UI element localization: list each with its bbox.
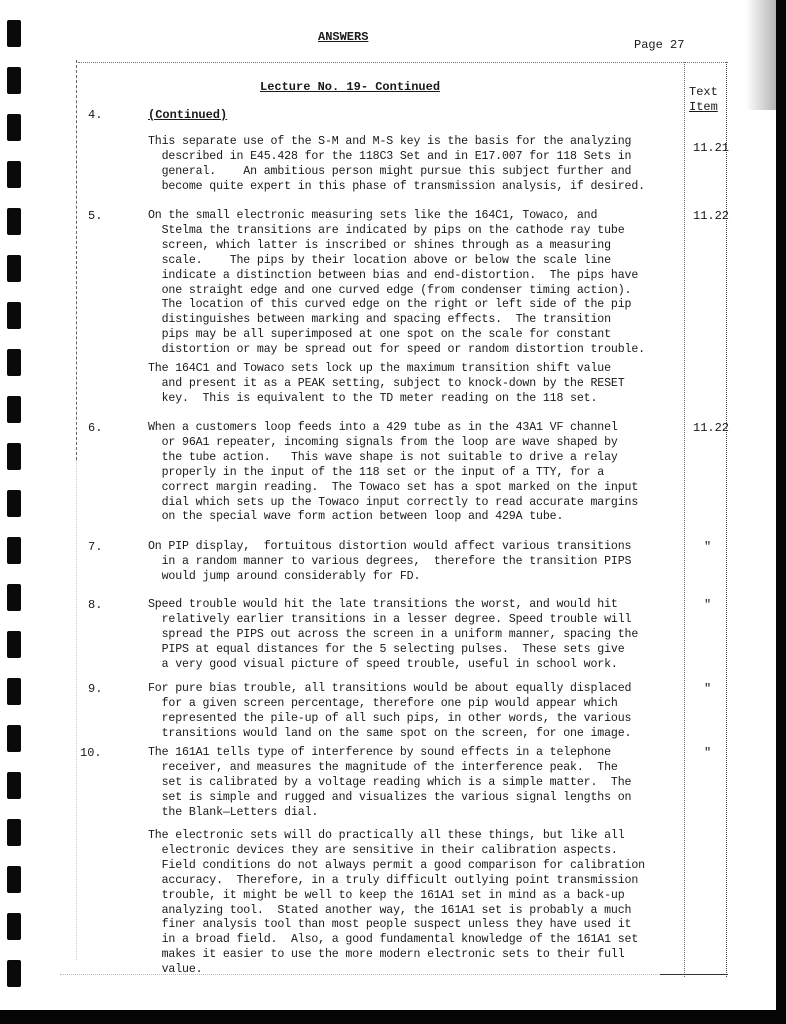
binder-hole bbox=[7, 960, 21, 987]
binder-hole bbox=[7, 67, 21, 94]
text-item-column-left-rule bbox=[684, 62, 685, 977]
continued-label: (Continued) bbox=[148, 108, 227, 122]
text-item-reference: 11.22 bbox=[693, 209, 729, 223]
binder-hole bbox=[7, 396, 21, 423]
binder-hole bbox=[7, 584, 21, 611]
item-number: 7. bbox=[88, 540, 102, 554]
answer-paragraph: The electronic sets will do practically … bbox=[148, 829, 645, 978]
text-item-reference: " bbox=[704, 746, 711, 760]
item-number: 8. bbox=[88, 598, 102, 612]
item-number: 9. bbox=[88, 682, 102, 696]
item-number: 4. bbox=[88, 108, 102, 122]
binder-hole bbox=[7, 678, 21, 705]
text-item-reference: 11.21 bbox=[693, 141, 729, 155]
text-item-reference: 11.22 bbox=[693, 421, 729, 435]
binder-hole bbox=[7, 302, 21, 329]
answer-paragraph: This separate use of the S-M and M-S key… bbox=[148, 135, 645, 195]
text-item-reference: " bbox=[704, 540, 711, 554]
binder-hole bbox=[7, 114, 21, 141]
answer-paragraph: Speed trouble would hit the late transit… bbox=[148, 598, 638, 673]
lecture-title: Lecture No. 19- Continued bbox=[260, 80, 440, 94]
binder-hole bbox=[7, 208, 21, 235]
answer-paragraph: When a customers loop feeds into a 429 t… bbox=[148, 421, 638, 525]
binder-hole bbox=[7, 772, 21, 799]
scan-border-right bbox=[776, 0, 786, 1024]
column-header-line2: Item bbox=[689, 100, 718, 115]
frame-left-rule bbox=[76, 60, 77, 460]
answer-paragraph: For pure bias trouble, all transitions w… bbox=[148, 682, 631, 742]
continued-text: (Continued) bbox=[148, 108, 227, 122]
header-title: ANSWERS bbox=[318, 30, 368, 44]
binder-hole bbox=[7, 443, 21, 470]
answer-paragraph: The 161A1 tells type of interference by … bbox=[148, 746, 631, 821]
item-number: 6. bbox=[88, 421, 102, 435]
binder-hole bbox=[7, 866, 21, 893]
item-number: 5. bbox=[88, 209, 102, 223]
page-edge-shadow bbox=[746, 0, 776, 110]
binder-hole bbox=[7, 537, 21, 564]
item-number: 10. bbox=[80, 746, 102, 760]
binder-hole bbox=[7, 725, 21, 752]
binder-hole bbox=[7, 255, 21, 282]
answer-paragraph: On PIP display, fortuitous distortion wo… bbox=[148, 540, 631, 585]
column-header-line1: Text bbox=[689, 85, 718, 100]
frame-bottom-rule-strong bbox=[660, 974, 728, 975]
frame-left-rule-faint bbox=[76, 460, 77, 960]
page-number: Page 27 bbox=[634, 38, 684, 52]
binder-hole bbox=[7, 490, 21, 517]
scan-border-bottom bbox=[0, 1010, 786, 1024]
binder-hole bbox=[7, 20, 21, 47]
answer-paragraph: On the small electronic measuring sets l… bbox=[148, 209, 645, 358]
answer-paragraph: The 164C1 and Towaco sets lock up the ma… bbox=[148, 362, 625, 407]
binder-hole bbox=[7, 161, 21, 188]
binder-hole bbox=[7, 819, 21, 846]
binder-hole bbox=[7, 631, 21, 658]
frame-top-rule bbox=[78, 62, 728, 63]
text-item-reference: " bbox=[704, 598, 711, 612]
text-item-column-header: Text Item bbox=[689, 85, 718, 115]
binder-hole bbox=[7, 913, 21, 940]
binder-hole bbox=[7, 349, 21, 376]
text-item-reference: " bbox=[704, 682, 711, 696]
text-item-column-right-rule bbox=[726, 62, 727, 977]
